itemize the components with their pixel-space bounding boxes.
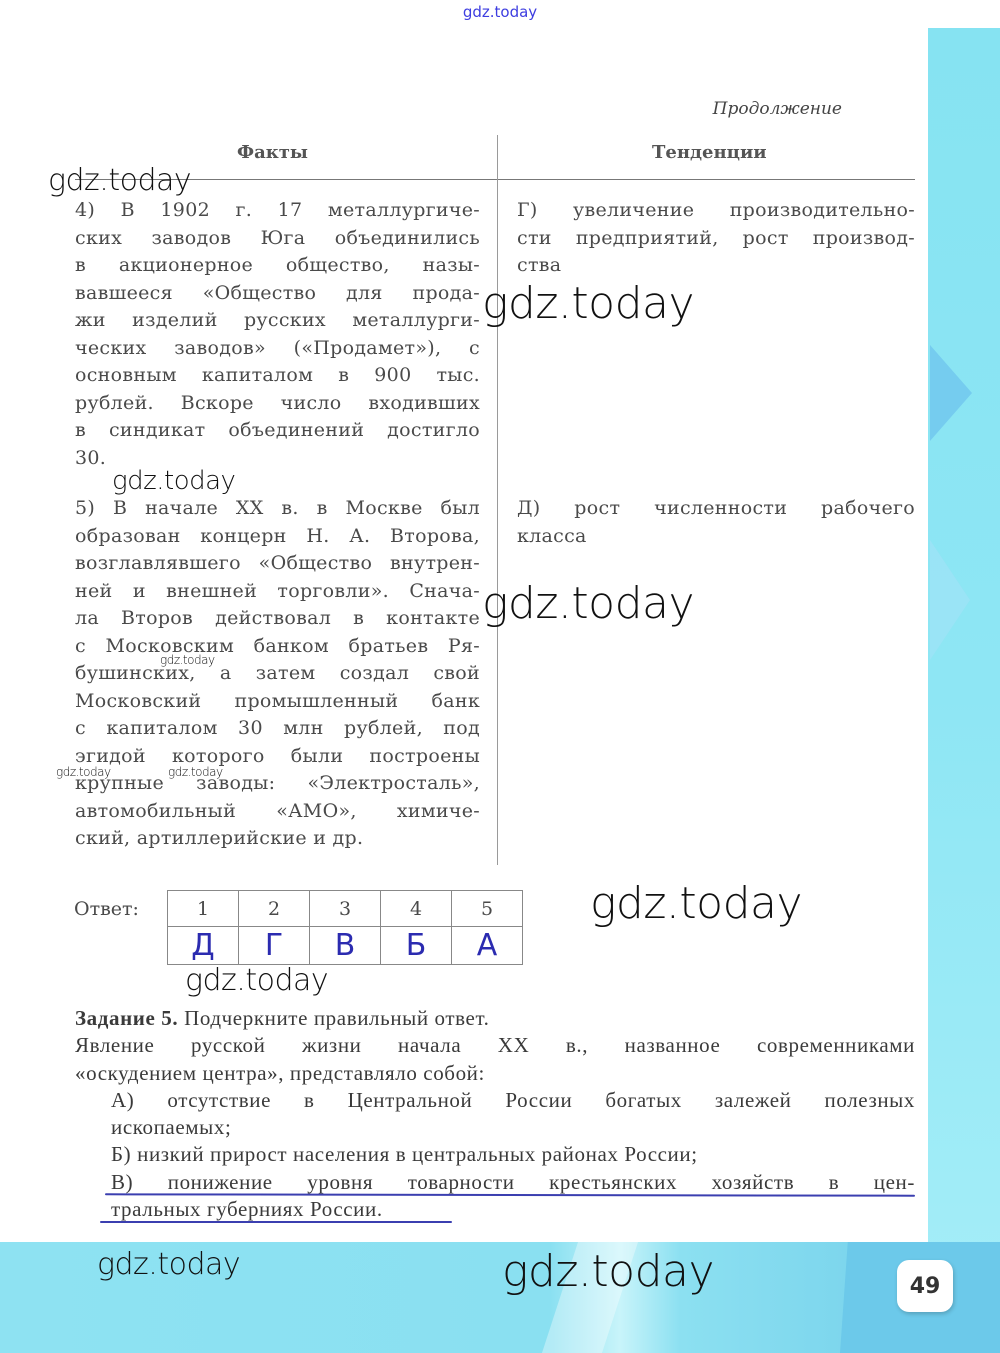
fact-4: 4) В 1902 г. 17 металлургиче-ских заводо…	[75, 197, 480, 472]
answer-number: 1	[168, 891, 239, 927]
watermark: gdz.today	[482, 278, 694, 329]
watermark: gdz.today	[168, 765, 223, 779]
watermark: gdz.today	[56, 765, 111, 779]
watermark: gdz.today	[482, 578, 694, 629]
task-5-instruction: Подчеркните правильный ответ.	[184, 1006, 489, 1030]
text-line: ский, артиллерийские и др.	[75, 825, 480, 853]
option-b-line[interactable]: Б) низкий прирост населения в центральны…	[75, 1141, 915, 1168]
answer-number: 2	[239, 891, 310, 927]
option-a-line[interactable]: А) отсутствие в Центральной России богат…	[75, 1087, 915, 1114]
text-line: основным капиталом в 900 тыс.	[75, 362, 480, 390]
watermark: gdz.today	[97, 1247, 240, 1282]
text-line: 4) В 1902 г. 17 металлургиче-	[75, 197, 480, 225]
text-line: с капиталом 30 млн рублей, под	[75, 715, 480, 743]
task-5: Задание 5. Подчеркните правильный ответ.…	[75, 1005, 915, 1223]
trend-d: Д) рост численности рабочегокласса	[517, 495, 915, 550]
text-line: ческих заводов» («Продамет»), с	[75, 335, 480, 363]
text-line: автомобильный «АМО», химиче-	[75, 798, 480, 826]
answer-numbers-row: 1 2 3 4 5	[168, 891, 523, 927]
answer-cell[interactable]: В	[310, 927, 381, 965]
text-line: класса	[517, 523, 915, 551]
text-line: с Московским банком братьев Ря-	[75, 633, 480, 661]
text-line: эгидой которого были построены	[75, 743, 480, 771]
watermark: gdz.today	[590, 878, 802, 929]
answer-cell[interactable]: Д	[168, 927, 239, 965]
option-v-line[interactable]: В) понижение уровня товарности крестьянс…	[75, 1169, 915, 1196]
text-line: сти предприятий, рост производ-	[517, 225, 915, 253]
answer-number: 3	[310, 891, 381, 927]
page-number: 49	[897, 1260, 953, 1312]
text-line: ней и внешней торговли». Снача-	[75, 578, 480, 606]
answer-letters-row: Д Г В Б А	[168, 927, 523, 965]
watermark: gdz.today	[185, 963, 328, 998]
text-line: жи изделий русских металлурги-	[75, 307, 480, 335]
task-5-title: Задание 5.	[75, 1006, 178, 1030]
text-line: образован концерн Н. А. Второва,	[75, 523, 480, 551]
text-line: Г) увеличение производительно-	[517, 197, 915, 225]
header-divider	[75, 179, 915, 180]
column-header-trends: Тенденции	[652, 142, 767, 163]
column-header-facts: Факты	[237, 142, 308, 163]
text-line: ла Второв действовал в контакте	[75, 605, 480, 633]
header-watermark: gdz.today	[0, 3, 1000, 21]
text-line: в синдикат объединений достигло	[75, 417, 480, 445]
page-card: gdz.today Продолжение Факты Тенденции 4)…	[0, 0, 928, 1242]
side-decor-band	[928, 28, 1000, 1353]
watermark: gdz.today	[48, 163, 191, 198]
answer-label: Ответ:	[74, 898, 139, 920]
text-line: ства	[517, 252, 915, 280]
answer-cell[interactable]: Б	[381, 927, 452, 965]
text-line: в акционерное общество, назы-	[75, 252, 480, 280]
watermark: gdz.today	[112, 466, 235, 496]
option-a-line[interactable]: ископаемых;	[75, 1114, 915, 1141]
text-line: 5) В начале XX в. в Москве был	[75, 495, 480, 523]
text-line: ских заводов Юга объединились	[75, 225, 480, 253]
answer-cell[interactable]: А	[452, 927, 523, 965]
text-line: рублей. Вскоре число входивших	[75, 390, 480, 418]
text-line: Московский промышленный банк	[75, 688, 480, 716]
answer-table: 1 2 3 4 5 Д Г В Б А	[167, 890, 523, 965]
task-5-heading: Задание 5. Подчеркните правильный ответ.	[75, 1005, 915, 1032]
watermark: gdz.today	[160, 653, 215, 667]
continuation-label: Продолжение	[713, 99, 842, 119]
task-5-question-line: «оскудением центра», представляло собой:	[75, 1060, 915, 1087]
text-line: крупные заводы: «Электросталь»,	[75, 770, 480, 798]
answer-underline	[100, 1221, 452, 1223]
side-decor-triangle-2	[930, 540, 970, 660]
text-line: вавшееся «Общество для прода-	[75, 280, 480, 308]
column-divider	[497, 135, 498, 865]
answer-number: 5	[452, 891, 523, 927]
text-line: Д) рост численности рабочего	[517, 495, 915, 523]
trend-g: Г) увеличение производительно-сти предпр…	[517, 197, 915, 280]
answer-number: 4	[381, 891, 452, 927]
side-decor-triangle	[930, 345, 972, 441]
watermark: gdz.today	[502, 1246, 714, 1297]
task-5-question-line: Явление русской жизни начала XX в., назв…	[75, 1032, 915, 1059]
text-line: возглавлявшего «Общество внутрен-	[75, 550, 480, 578]
fact-5: 5) В начале XX в. в Москве былобразован …	[75, 495, 480, 853]
option-v-line[interactable]: тральных губерниях России.	[75, 1196, 915, 1223]
text-line: бушинских, а затем создал свой	[75, 660, 480, 688]
answer-cell[interactable]: Г	[239, 927, 310, 965]
